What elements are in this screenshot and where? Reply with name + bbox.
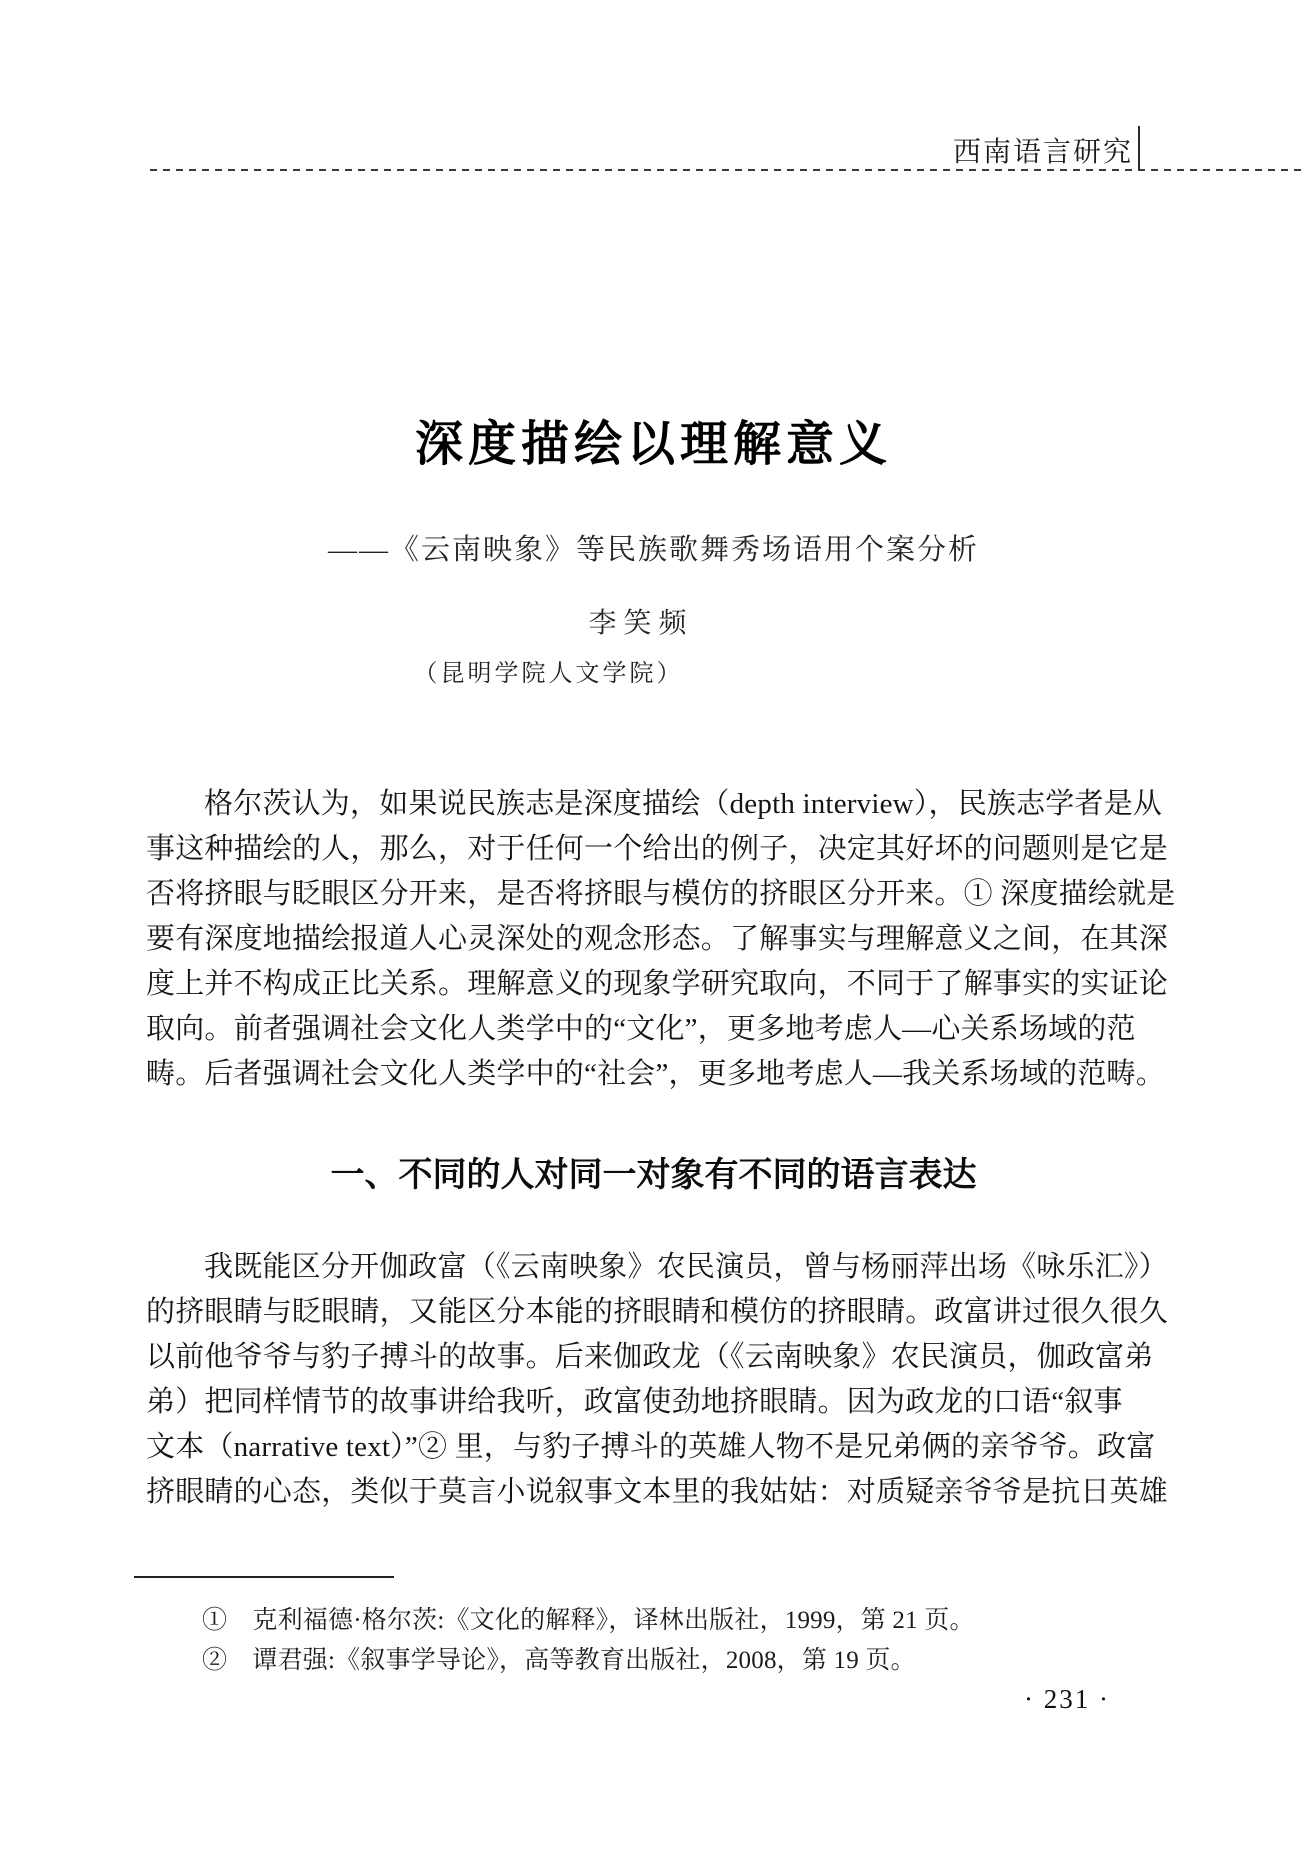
section-paragraph-line: 文本（narrative text）”② 里，与豹子搏斗的英雄人物不是兄弟俩的亲… [146, 1425, 1136, 1470]
intro-paragraph-line: 事这种描绘的人，那么，对于任何一个给出的例子，决定其好坏的问题则是它是 [146, 827, 1136, 872]
intro-paragraph-line: 取向。前者强调社会文化人类学中的“文化”，更多地考虑人—心关系场域的范 [146, 1007, 1136, 1052]
article-author: 李笑频 [0, 601, 1282, 641]
intro-paragraph-line: 要有深度地描绘报道人心灵深处的观念形态。了解事实与理解意义之间，在其深 [146, 917, 1136, 962]
journal-title: 西南语言研究 [953, 130, 1133, 170]
footnote-line: ① 克利福德·格尔茨:《文化的解释》，译林出版社，1999，第 21 页。 [202, 1601, 1162, 1641]
intro-paragraph-line: 畴。后者强调社会文化人类学中的“社会”，更多地考虑人—我关系场域的范畴。 [146, 1052, 1136, 1097]
section-paragraph-line: 弟）把同样情节的故事讲给我听，政富使劲地挤眼睛。因为政龙的口语“叙事 [146, 1380, 1136, 1425]
section-paragraph-line: 以前他爷爷与豹子搏斗的故事。后来伽政龙（《云南映象》农民演员，伽政富弟 [146, 1335, 1136, 1380]
intro-paragraph: 格尔茨认为，如果说民族志是深度描绘（depth interview），民族志学者… [146, 782, 1136, 1097]
intro-paragraph-line: 格尔茨认为，如果说民族志是深度描绘（depth interview），民族志学者… [146, 782, 1136, 827]
paper-page: 西南语言研究 深度描绘以理解意义 ——《云南映象》等民族歌舞秀场语用个案分析 李… [0, 0, 1307, 1859]
footnotes: ① 克利福德·格尔茨:《文化的解释》，译林出版社，1999，第 21 页。② 谭… [202, 1601, 1162, 1681]
page-number: · 231 · [1024, 1684, 1110, 1715]
footnote-line: ② 谭君强:《叙事学导论》，高等教育出版社，2008，第 19 页。 [202, 1641, 1162, 1681]
article-affiliation: （昆明学院人文学院） [0, 653, 1097, 688]
section-paragraph-line: 的挤眼睛与眨眼睛，又能区分本能的挤眼睛和模仿的挤眼睛。政富讲过很久很久 [146, 1290, 1136, 1335]
header-dashed-divider [150, 169, 1307, 171]
section-paragraph: 我既能区分开伽政富（《云南映象》农民演员，曾与杨丽萍出场《咏乐汇》）的挤眼睛与眨… [146, 1245, 1136, 1515]
footnote-separator-rule [134, 1576, 394, 1578]
section-paragraph-line: 挤眼睛的心态，类似于莫言小说叙事文本里的我姑姑：对质疑亲爷爷是抗日英雄 [146, 1470, 1136, 1515]
article-title: 深度描绘以理解意义 [0, 405, 1307, 474]
article-subtitle: ——《云南映象》等民族歌舞秀场语用个案分析 [0, 527, 1307, 568]
intro-paragraph-line: 否将挤眼与眨眼区分开来，是否将挤眼与模仿的挤眼区分开来。① 深度描绘就是 [146, 872, 1136, 917]
section-paragraph-line: 我既能区分开伽政富（《云南映象》农民演员，曾与杨丽萍出场《咏乐汇》） [146, 1245, 1136, 1290]
intro-paragraph-line: 度上并不构成正比关系。理解意义的现象学研究取向，不同于了解事实的实证论 [146, 962, 1136, 1007]
section-heading: 一、不同的人对同一对象有不同的语言表达 [0, 1147, 1307, 1196]
header-vertical-rule [1138, 126, 1140, 170]
